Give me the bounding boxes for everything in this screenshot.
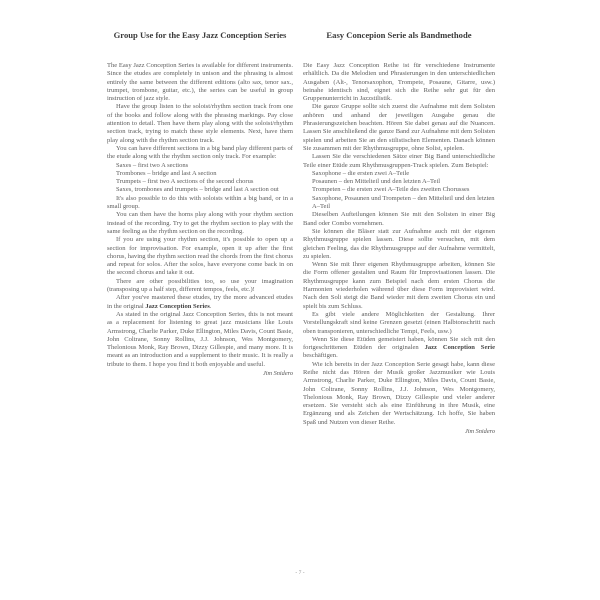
list-item: Saxophone, Posaunen und Trompeten – den … [303, 195, 495, 212]
paragraph: Dieselben Aufteilungen können Sie mit de… [303, 211, 495, 228]
document-page: Group Use for the Easy Jazz Conception S… [0, 0, 600, 600]
list-item: Saxes – first two A sections [107, 162, 293, 170]
paragraph: There are other possibilities too, so us… [107, 278, 293, 295]
page-number: - 7 - [280, 570, 320, 576]
series-name-bold: Jazz Conception Serie [425, 344, 495, 351]
paragraph: If you are using your rhythm section, it… [107, 236, 293, 277]
section-assignment-list: Saxophone – die ersten zwei A–Teile Posa… [303, 170, 495, 211]
closing-paragraph: Wie ich bereits in der Jazz Conception S… [303, 361, 495, 427]
paragraph: Die ganze Gruppe sollte sich zuerst die … [303, 103, 495, 153]
section-assignment-list: Saxes – first two A sections Trombones –… [107, 162, 293, 195]
paragraph: You can have different sections in a big… [107, 145, 293, 162]
paragraph: Die Easy Jazz Conception Reihe ist für v… [303, 62, 495, 103]
english-column: Group Use for the Easy Jazz Conception S… [107, 30, 293, 378]
list-item: Posaunen – den Mittelteil und den letzte… [303, 178, 495, 186]
english-column-title: Group Use for the Easy Jazz Conception S… [107, 30, 293, 41]
author-signature: Jim Snidero [303, 427, 495, 436]
author-signature: Jim Snidero [107, 369, 293, 378]
advanced-etudes-paragraph: Wenn Sie diese Etüden gemeistert haben, … [303, 336, 495, 361]
text-run: beschäftigen. [303, 352, 338, 359]
paragraph: Es gibt viele andere Möglichkeiten der G… [303, 311, 495, 336]
german-column: Easy Concepion Serie als Bandmethode Die… [303, 30, 495, 436]
paragraph: Lassen Sie die verschiedenen Sätze einer… [303, 153, 495, 170]
list-item: Trombones – bridge and last A section [107, 170, 293, 178]
paragraph: Sie können die Bläser statt zur Aufnahme… [303, 228, 495, 261]
list-item: Trompeten – die ersten zwei A–Teile des … [303, 186, 495, 194]
paragraph: The Easy Jazz Conception Series is avail… [107, 62, 293, 103]
paragraph: You can then have the horns play along w… [107, 211, 293, 236]
list-item: Saxes, trombones and trumpets – bridge a… [107, 186, 293, 194]
german-column-title: Easy Concepion Serie als Bandmethode [303, 30, 495, 41]
paragraph: It's also possible to do this with soloi… [107, 195, 293, 212]
list-item: Trumpets – first two A sections of the s… [107, 178, 293, 186]
advanced-etudes-paragraph: After you've mastered these etudes, try … [107, 294, 293, 311]
paragraph: Wenn Sie mit Ihrer eigenen Rhythmusgrupp… [303, 261, 495, 311]
series-name-bold: Jazz Conception Series [145, 303, 209, 310]
paragraph: Have the group listen to the soloist/rhy… [107, 103, 293, 144]
closing-paragraph: As stated in the original Jazz Conceptio… [107, 311, 293, 369]
list-item: Saxophone – die ersten zwei A–Teile [303, 170, 495, 178]
text-run: . [210, 303, 212, 310]
